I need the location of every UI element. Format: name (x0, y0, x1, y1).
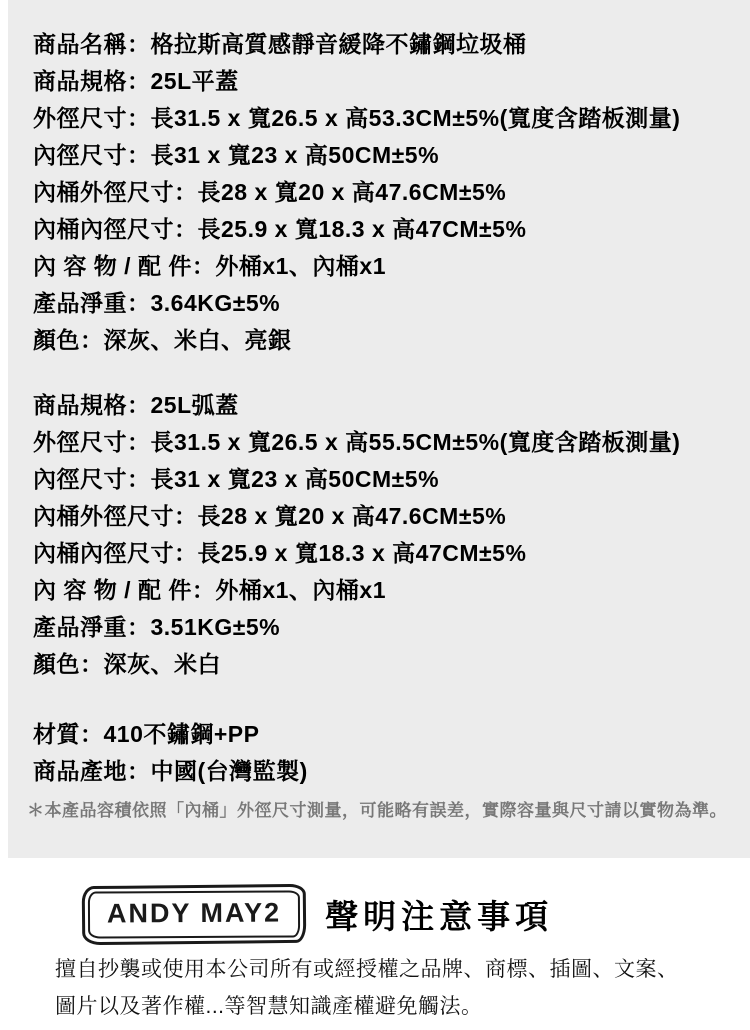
spec-line-inner-bucket-outer: 內桶外徑尺寸：長28 x 寬20 x 高47.6CM±5% (33, 174, 734, 211)
disclaimer-heading: 聲明注意事項 (325, 891, 553, 938)
capacity-footnote: ＊本產品容積依照「內桶」外徑尺寸測量，可能略有誤差，實際容量與尺寸請以實物為準。 (27, 798, 734, 824)
disclaimer-section: ANDY MAY2 聲明注意事項 擅自抄襲或使用本公司所有或經授權之品牌、商標、… (0, 858, 750, 1030)
disclaimer-body: 擅自抄襲或使用本公司所有或經授權之品牌、商標、插圖、文案、 圖片以及著作權...… (55, 951, 750, 1025)
spec-line-material: 材質：410不鏽鋼+PP (33, 716, 734, 753)
spec-line-outer-size: 外徑尺寸：長31.5 x 寬26.5 x 高55.5CM±5%(寬度含踏板測量) (33, 424, 734, 461)
spec-line-net-weight: 產品淨重：3.64KG±5% (33, 285, 734, 322)
spec-line-origin: 商品產地：中國(台灣監製) (33, 753, 734, 790)
spec-line-inner-bucket-inner: 內桶內徑尺寸：長25.9 x 寬18.3 x 高47CM±5% (33, 535, 734, 572)
spec-line-inner-bucket-inner: 內桶內徑尺寸：長25.9 x 寬18.3 x 高47CM±5% (33, 211, 734, 248)
product-spec-panel: 商品名稱：格拉斯高質感靜音緩降不鏽鋼垃圾桶 商品規格：25L平蓋 外徑尺寸：長3… (8, 0, 750, 858)
spec-line-inner-size: 內徑尺寸：長31 x 寬23 x 高50CM±5% (33, 461, 734, 498)
brand-logo: ANDY MAY2 (82, 884, 307, 945)
spec-line-contents: 內 容 物 / 配 件：外桶x1、內桶x1 (33, 572, 734, 609)
spec-section-flat-lid: 商品名稱：格拉斯高質感靜音緩降不鏽鋼垃圾桶 商品規格：25L平蓋 外徑尺寸：長3… (33, 26, 734, 359)
spec-line-colors: 顏色：深灰、米白 (33, 646, 734, 683)
spec-line-product-name: 商品名稱：格拉斯高質感靜音緩降不鏽鋼垃圾桶 (33, 26, 734, 63)
disclaimer-header-row: ANDY MAY2 聲明注意事項 (82, 885, 750, 944)
spec-line-contents: 內 容 物 / 配 件：外桶x1、內桶x1 (33, 248, 734, 285)
spec-line-spec: 商品規格：25L平蓋 (33, 63, 734, 100)
spec-line-colors: 顏色：深灰、米白、亮銀 (33, 322, 734, 359)
brand-logo-text: ANDY MAY2 (88, 890, 300, 938)
disclaimer-body-line: 圖片以及著作權...等智慧知識產權避免觸法。 (55, 988, 750, 1025)
spec-section-material-origin: 材質：410不鏽鋼+PP 商品產地：中國(台灣監製) (33, 716, 734, 790)
spec-line-spec: 商品規格：25L弧蓋 (33, 387, 734, 424)
spec-line-outer-size: 外徑尺寸：長31.5 x 寬26.5 x 高53.3CM±5%(寬度含踏板測量) (33, 100, 734, 137)
disclaimer-body-line: 擅自抄襲或使用本公司所有或經授權之品牌、商標、插圖、文案、 (55, 951, 750, 988)
spec-line-inner-bucket-outer: 內桶外徑尺寸：長28 x 寬20 x 高47.6CM±5% (33, 498, 734, 535)
spec-section-arc-lid: 商品規格：25L弧蓋 外徑尺寸：長31.5 x 寬26.5 x 高55.5CM±… (33, 387, 734, 683)
spec-line-net-weight: 產品淨重：3.51KG±5% (33, 609, 734, 646)
product-spec-page: 商品名稱：格拉斯高質感靜音緩降不鏽鋼垃圾桶 商品規格：25L平蓋 外徑尺寸：長3… (0, 0, 750, 1030)
spec-line-inner-size: 內徑尺寸：長31 x 寬23 x 高50CM±5% (33, 137, 734, 174)
